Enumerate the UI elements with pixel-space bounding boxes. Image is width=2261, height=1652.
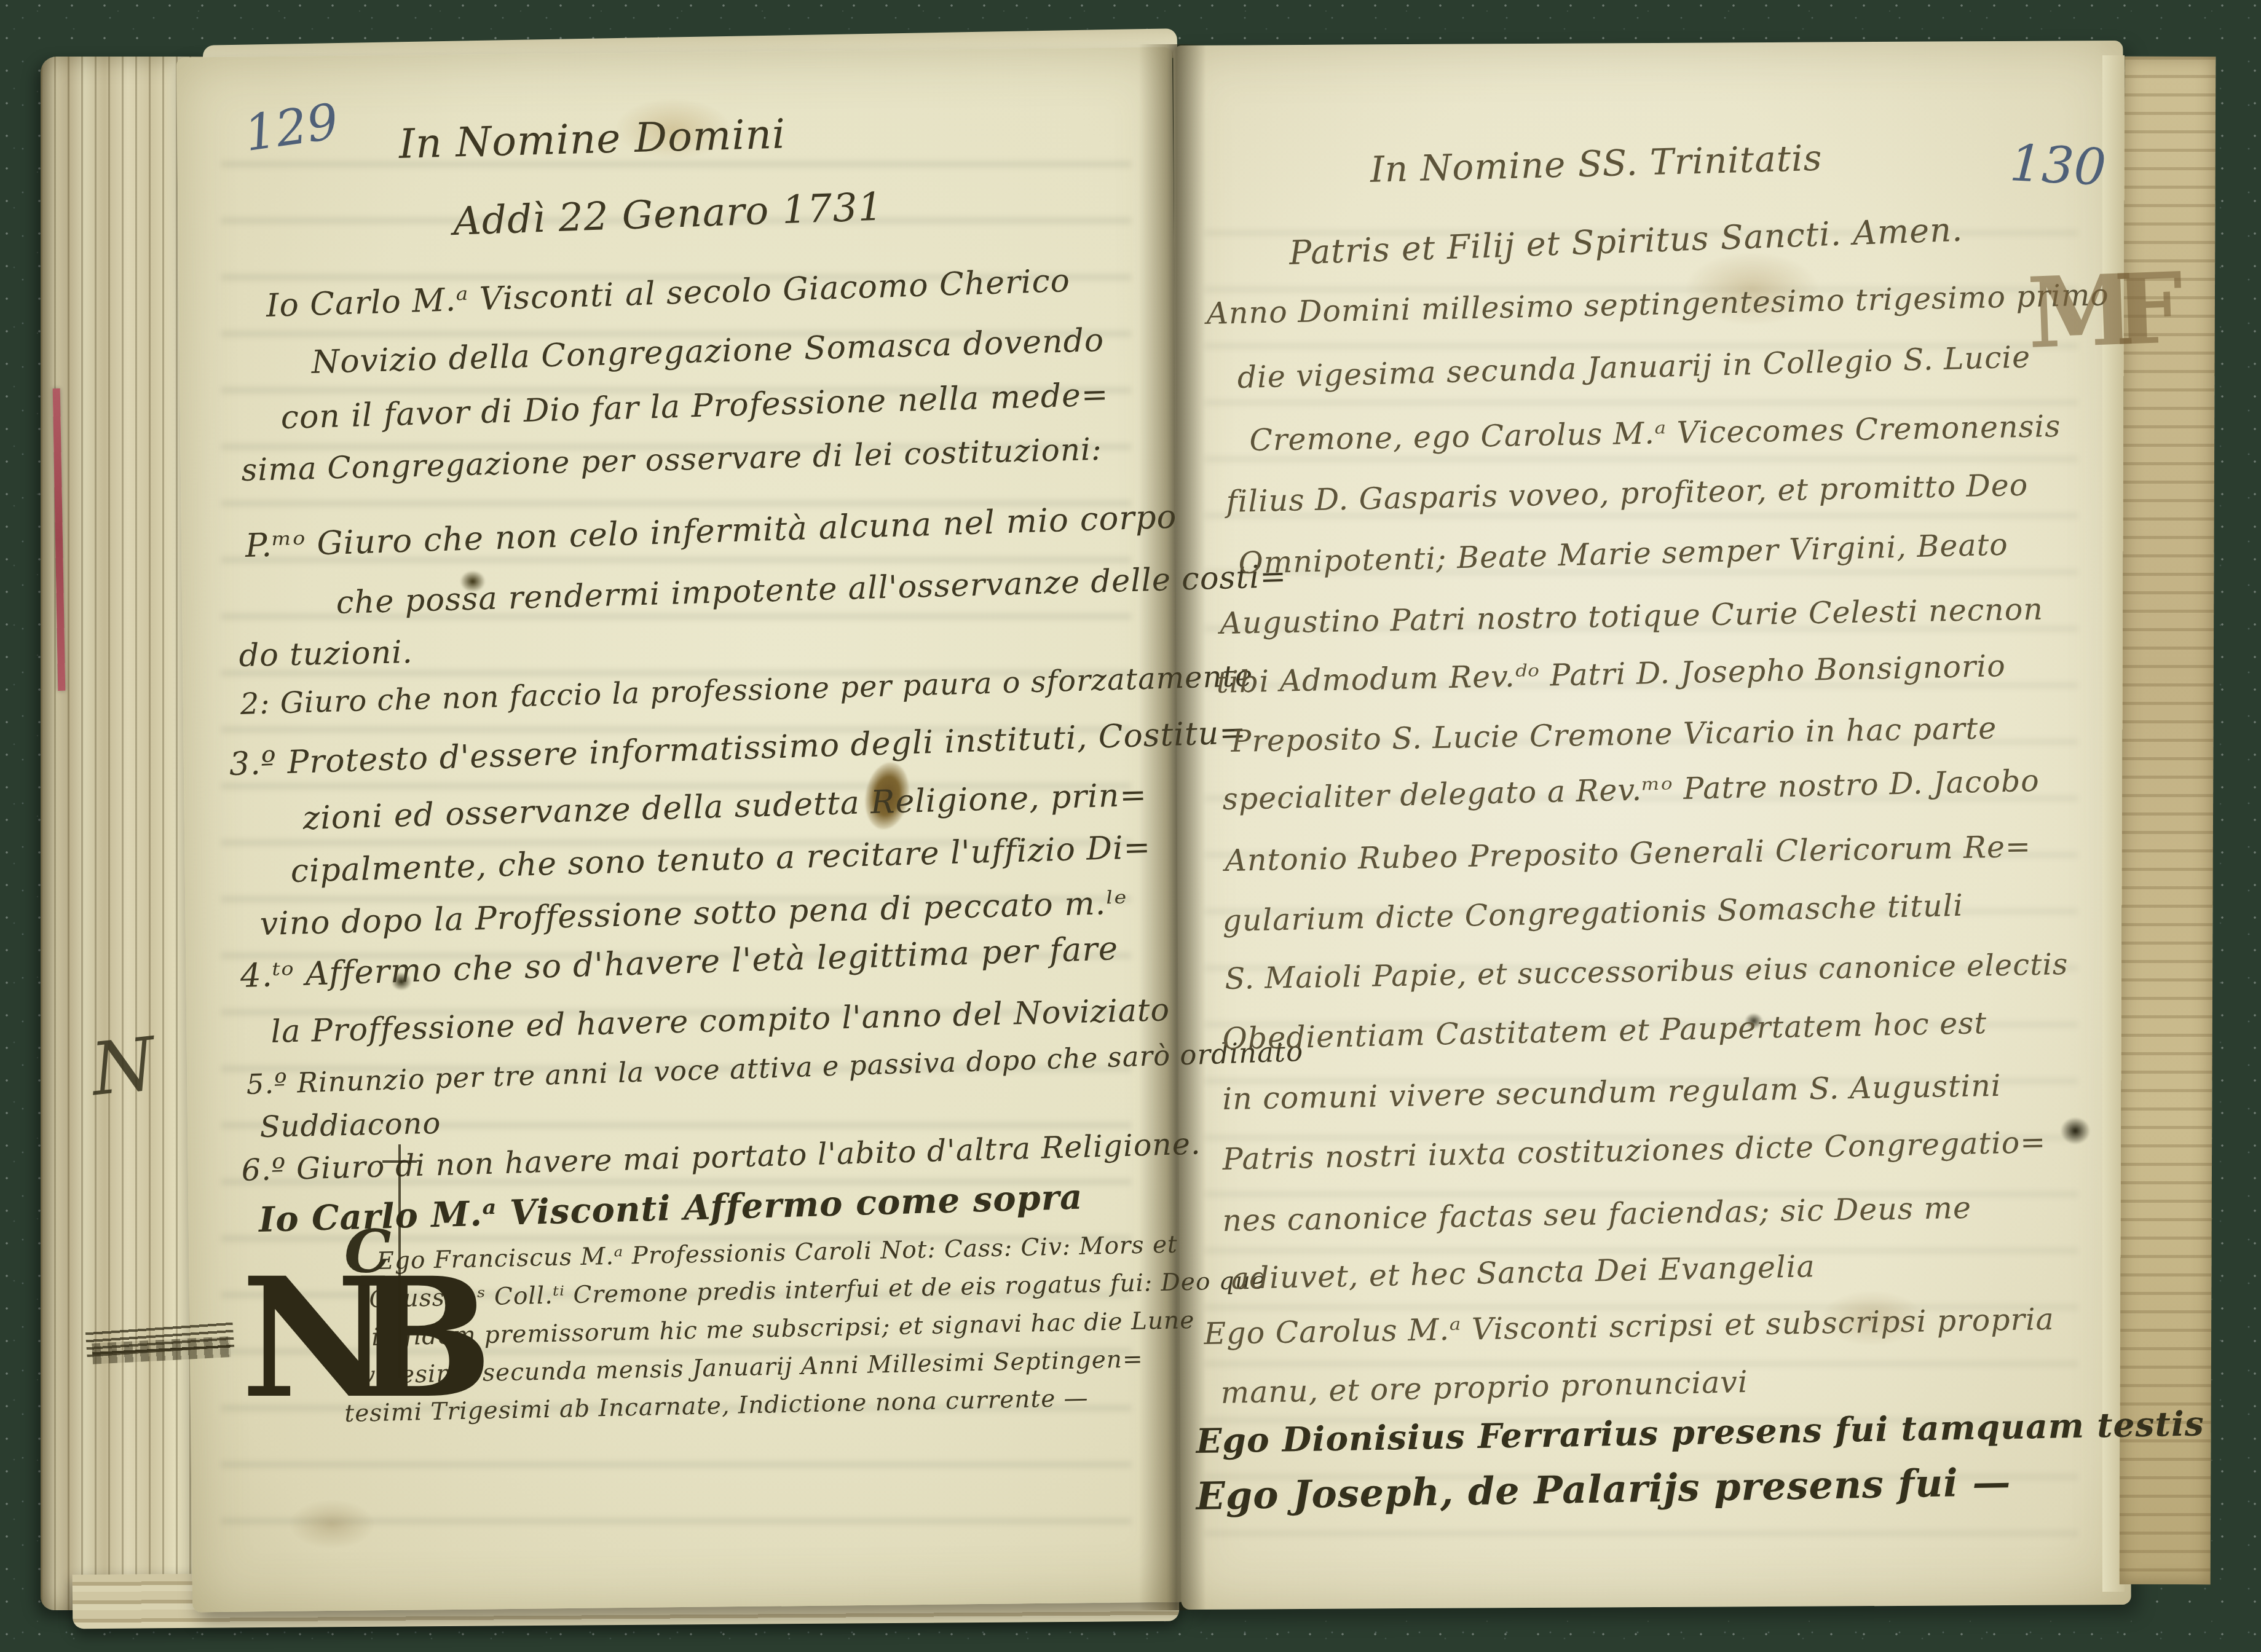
left-heading: In Nomine Domini bbox=[398, 111, 786, 168]
page-number-right: 130 bbox=[2008, 134, 2107, 197]
manuscript-line: do tuzioni. bbox=[239, 634, 413, 674]
manuscript-line: Suddiacono bbox=[259, 1106, 441, 1144]
book-gutter-shadow bbox=[1138, 44, 1206, 1610]
photo-of-open-manuscript-register: 129 130 In Nomine Domini Addì 22 Genaro … bbox=[0, 0, 2261, 1652]
margin-letter-mark: N bbox=[87, 1021, 160, 1112]
notary-cross-mark bbox=[398, 1144, 401, 1378]
notary-monogram: NB bbox=[241, 1256, 455, 1421]
ownership-monogram: MF bbox=[2026, 252, 2164, 371]
